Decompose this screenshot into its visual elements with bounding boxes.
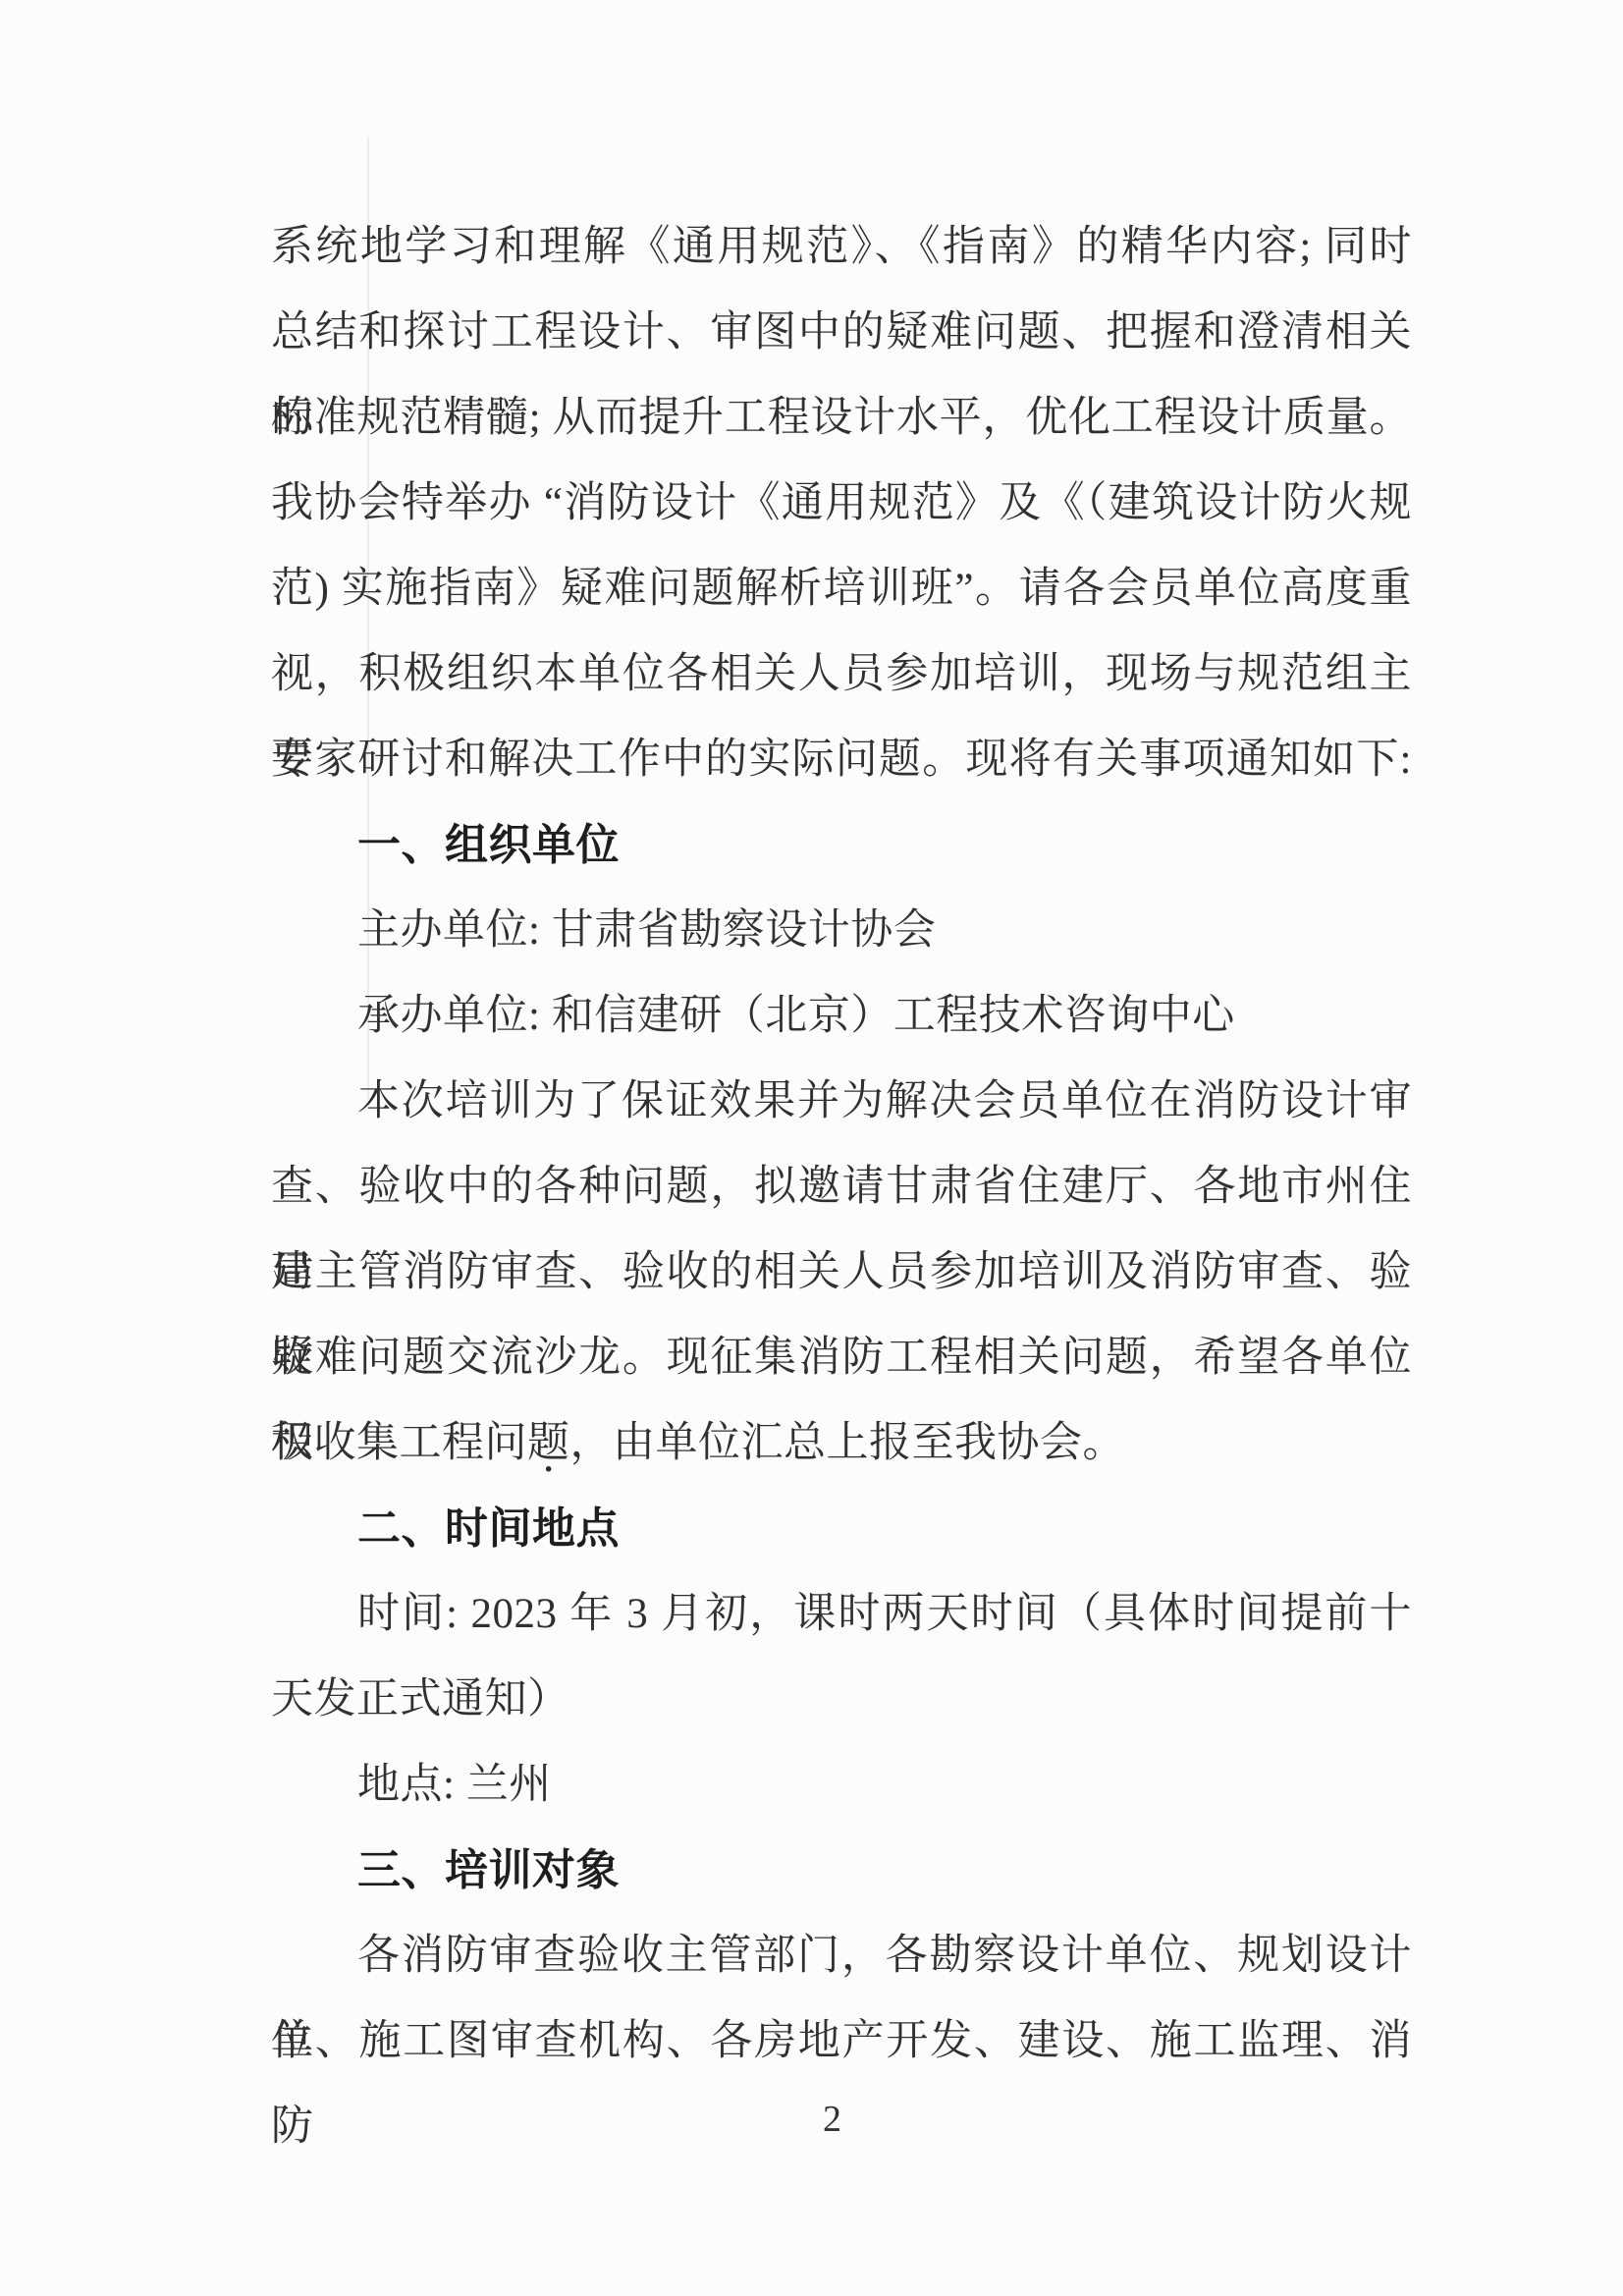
text-line: 本次培训为了保证效果并为解决会员单位在消防设计审 (271, 1059, 1412, 1144)
text-line: 系统地学习和理解《通用规范》、《指南》的精华内容; 同时 (271, 204, 1412, 290)
text-line: 总结和探讨工程设计、审图中的疑难问题、把握和澄清相关的 (271, 290, 1412, 375)
text-line: 地点: 兰州 (271, 1742, 1412, 1828)
text-line: 标准规范精髓; 从而提升工程设计水平，优化工程设计质量。 (271, 375, 1412, 461)
text-line: 时间: 2023 年 3 月初，课时两天时间（具体时间提前十 (271, 1571, 1412, 1657)
section-heading: 二、时间地点 (271, 1486, 1412, 1571)
section-heading: 三、培训对象 (271, 1828, 1412, 1913)
text-line: 查、验收中的各种问题，拟邀请甘肃省住建厅、各地市州住建 (271, 1144, 1412, 1230)
text-line: 主办单位: 甘肃省勘察设计协会 (271, 888, 1412, 973)
text-line: 视，积极组织本单位各相关人员参加培训，现场与规范组主要 (271, 631, 1412, 717)
text-line: 疑难问题交流沙龙。现征集消防工程相关问题，希望各单位积 (271, 1315, 1412, 1400)
document-page: 系统地学习和理解《通用规范》、《指南》的精华内容; 同时总结和探讨工程设计、审图… (0, 0, 1623, 2296)
text-line: 极收集工程问题，由单位汇总上报至我协会。 (271, 1400, 1412, 1486)
document-body: 系统地学习和理解《通用规范》、《指南》的精华内容; 同时总结和探讨工程设计、审图… (271, 204, 1412, 2084)
text-line: 专家研讨和解决工作中的实际问题。现将有关事项通知如下: (271, 717, 1412, 802)
text-line: 承办单位: 和信建研（北京）工程技术咨询中心 (271, 973, 1412, 1059)
ink-dot-artifact: · (543, 1453, 554, 1487)
text-line: 位、施工图审查机构、各房地产开发、建设、施工监理、消防 (271, 1998, 1412, 2084)
section-heading: 一、组织单位 (271, 802, 1412, 888)
text-line: 我协会特举办 “消防设计《通用规范》及《（建筑设计防火规 (271, 461, 1412, 546)
page-number: 2 (823, 2098, 841, 2141)
text-line: 局主管消防审查、验收的相关人员参加培训及消防审查、验收 (271, 1230, 1412, 1315)
text-line: 范) 实施指南》疑难问题解析培训班”。请各会员单位高度重 (271, 546, 1412, 631)
text-line: 各消防审查验收主管部门，各勘察设计单位、规划设计单 (271, 1913, 1412, 1998)
text-line: 天发正式通知） (271, 1657, 1412, 1742)
